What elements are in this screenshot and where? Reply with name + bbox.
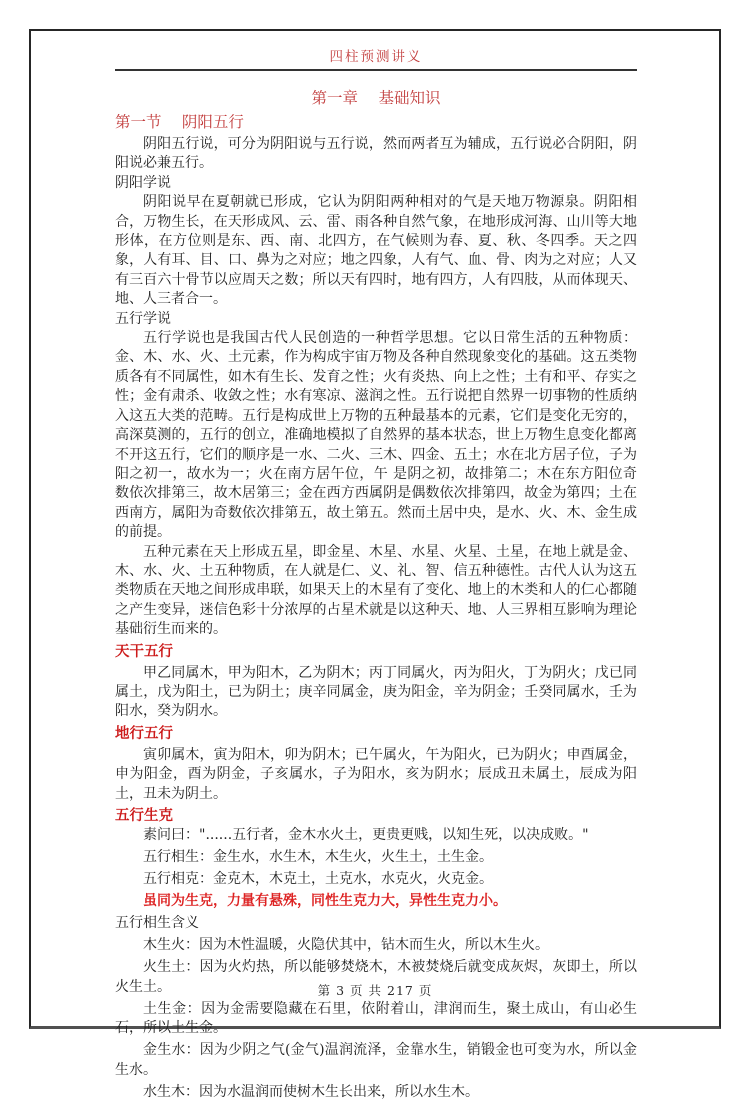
- subheading-yinyang-theory: 阴阳学说: [115, 174, 637, 193]
- page-content: 四柱预测讲义 第一章 基础知识 第一节 阴阳五行 阴阳五行说，可分为阴阳说与五行…: [115, 31, 637, 1105]
- paragraph-suwen-quote: 素问曰："......五行者，金木水火土，更贵更贱，以知生死，以决成败。": [115, 826, 637, 846]
- paragraph-mutual-restriction: 五行相克：金克木，木克土，土克水，水克火，火克金。: [115, 870, 637, 890]
- document-title: 四柱预测讲义: [330, 49, 423, 65]
- paragraph-red-emphasis: 虽同为生克，力量有悬殊，同性生克力大，异性生克力小。: [115, 892, 637, 912]
- page-number: 第 3 页 共 217 页: [31, 982, 719, 999]
- paragraph-wood-fire: 木生火：因为木性温暖，火隐伏其中，钻木而生火，所以木生火。: [115, 936, 637, 956]
- paragraph-wuxing: 五行学说也是我国古代人民创造的一种哲学思想。它以日常生活的五种物质：金、木、水、…: [115, 329, 637, 542]
- paragraph-five-elements-stars: 五种元素在天上形成五星，即金星、木星、水星、火星、土星，在地上就是金、木、水、火…: [115, 543, 637, 640]
- red-heading-generation-restriction: 五行生克: [115, 806, 637, 826]
- paragraph-heavenly-stems: 甲乙同属木，甲为阳木，乙为阴木；丙丁同属火，丙为阳火，丁为阴火；戊已同属土，戊为…: [115, 664, 637, 722]
- red-heading-heavenly-stems: 天干五行: [115, 642, 637, 662]
- subheading-generation-meaning: 五行相生含义: [115, 914, 637, 934]
- paragraph-mutual-generation: 五行相生：金生水，水生木，木生火，火生土，土生金。: [115, 848, 637, 868]
- paragraph-yinyang: 阴阳说早在夏朝就已形成，它认为阴阳两种相对的气是天地万物源泉。阴阳相合，万物生长…: [115, 193, 637, 309]
- page-border-frame: 四柱预测讲义 第一章 基础知识 第一节 阴阳五行 阴阳五行说，可分为阴阳说与五行…: [29, 29, 721, 1029]
- section-title: 第一节 阴阳五行: [115, 112, 637, 133]
- paragraph-earthly-branches: 寅卯属木，寅为阳木，卯为阴木；已午属火，午为阳火，已为阴火；申酉属金，申为阳金，…: [115, 746, 637, 804]
- subheading-wuxing-theory: 五行学说: [115, 310, 637, 329]
- paragraph-intro: 阴阳五行说，可分为阴阳说与五行说，然而两者互为辅成，五行说必合阴阳，阴阳说必兼五…: [115, 135, 637, 174]
- paragraph-earth-metal: 土生金：因为金需要隐藏在石里，依附着山，津润而生，聚土成山，有山必生石，所以土生…: [115, 1000, 637, 1039]
- red-heading-earthly-branches: 地行五行: [115, 724, 637, 744]
- running-header: 四柱预测讲义: [115, 48, 637, 71]
- paragraph-water-wood: 水生木：因为水温润而使树木生长出来，所以水生木。: [115, 1083, 637, 1103]
- paragraph-metal-water: 金生水：因为少阴之气(金气)温润流泽，金靠水生，销锻金也可变为水，所以金生水。: [115, 1041, 637, 1080]
- chapter-title: 第一章 基础知识: [115, 88, 637, 109]
